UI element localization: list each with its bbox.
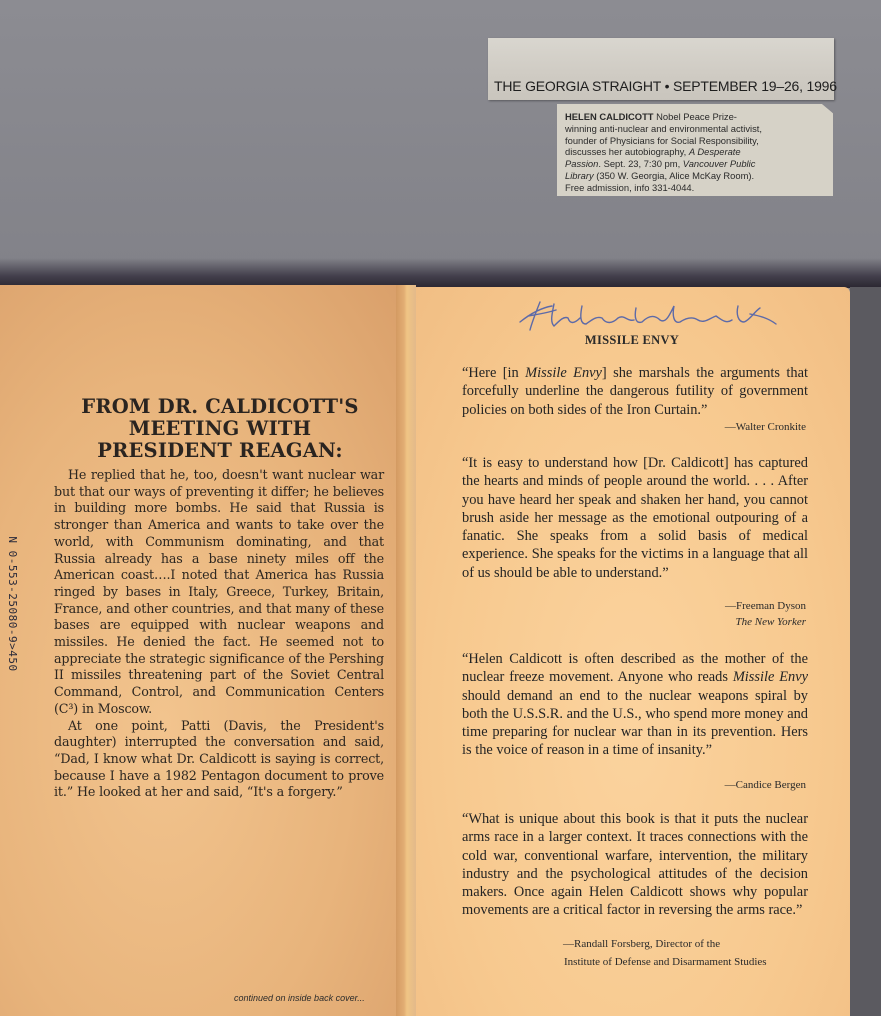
heading-line: MEETING WITH	[60, 418, 380, 440]
background-edge	[850, 287, 881, 1016]
quote-attribution: —Candice Bergen	[462, 777, 806, 793]
body-paragraph: At one point, Patti (Davis, the Presiden…	[54, 718, 384, 802]
venue: Vancouver Public	[683, 158, 756, 169]
attribution-source: The New Yorker	[462, 614, 806, 630]
listing-line: Nobel Peace Prize-	[654, 111, 737, 122]
review-quote: “What is unique about this book is that …	[462, 810, 808, 920]
masthead-text: THE GEORGIA STRAIGHT • SEPTEMBER 19–26, …	[494, 78, 837, 94]
listing-line: discusses her autobiography,	[565, 146, 689, 157]
listing-line: Free admission, info 331-4044.	[565, 182, 694, 193]
quote-attribution: —Walter Cronkite	[462, 419, 806, 435]
quote-attribution: —Freeman Dyson The New Yorker	[462, 598, 806, 630]
book-spine	[396, 285, 416, 1016]
listing-line: winning anti-nuclear and environmental a…	[565, 123, 762, 134]
listing-name: HELEN CALDICOTT	[565, 111, 654, 122]
quote-text: “Here [in	[462, 365, 525, 381]
review-quote: “It is easy to understand how [Dr. Caldi…	[462, 454, 808, 582]
listing-line: founder of Physicians for Social Respons…	[565, 135, 759, 146]
quote-attribution-affiliation: Institute of Defense and Disarmament Stu…	[564, 956, 767, 968]
newspaper-masthead-clipping: THE GEORGIA STRAIGHT • SEPTEMBER 19–26, …	[488, 38, 834, 100]
quote-attribution: —Randall Forsberg, Director of the	[563, 938, 720, 950]
heading-line: PRESIDENT REAGAN:	[60, 440, 380, 462]
review-quote: “Helen Caldicott is often described as t…	[462, 650, 808, 760]
handwritten-signature	[510, 294, 790, 334]
listing-line: . Sept. 23, 7:30 pm,	[598, 158, 682, 169]
page-title: MISSILE ENVY	[414, 333, 850, 348]
book-title: Passion	[565, 158, 598, 169]
venue: Library	[565, 170, 594, 181]
back-cover-body: He replied that he, too, doesn't want nu…	[54, 467, 384, 801]
continued-note: continued on inside back cover...	[234, 993, 365, 1003]
attribution-name: —Freeman Dyson	[462, 598, 806, 614]
isbn-barcode-text: N 0-553-25080-9>450	[5, 514, 19, 694]
book-title: A Desperate	[689, 146, 741, 157]
body-paragraph: He replied that he, too, doesn't want nu…	[54, 467, 384, 718]
heading-line: FROM DR. CALDICOTT'S	[60, 396, 380, 418]
event-listing-text: HELEN CALDICOTT Nobel Peace Prize- winni…	[565, 111, 825, 194]
book-title: Missile Envy	[733, 669, 808, 685]
quote-text: should demand an end to the nuclear weap…	[462, 688, 808, 759]
event-listing-clipping: HELEN CALDICOTT Nobel Peace Prize- winni…	[557, 104, 833, 196]
review-quote: “Here [in Missile Envy] she marshals the…	[462, 364, 808, 419]
listing-line: (350 W. Georgia, Alice McKay Room).	[594, 170, 754, 181]
back-cover-heading: FROM DR. CALDICOTT'S MEETING WITH PRESID…	[60, 396, 380, 462]
book-shadow	[0, 258, 881, 288]
book-title: Missile Envy	[525, 365, 602, 381]
